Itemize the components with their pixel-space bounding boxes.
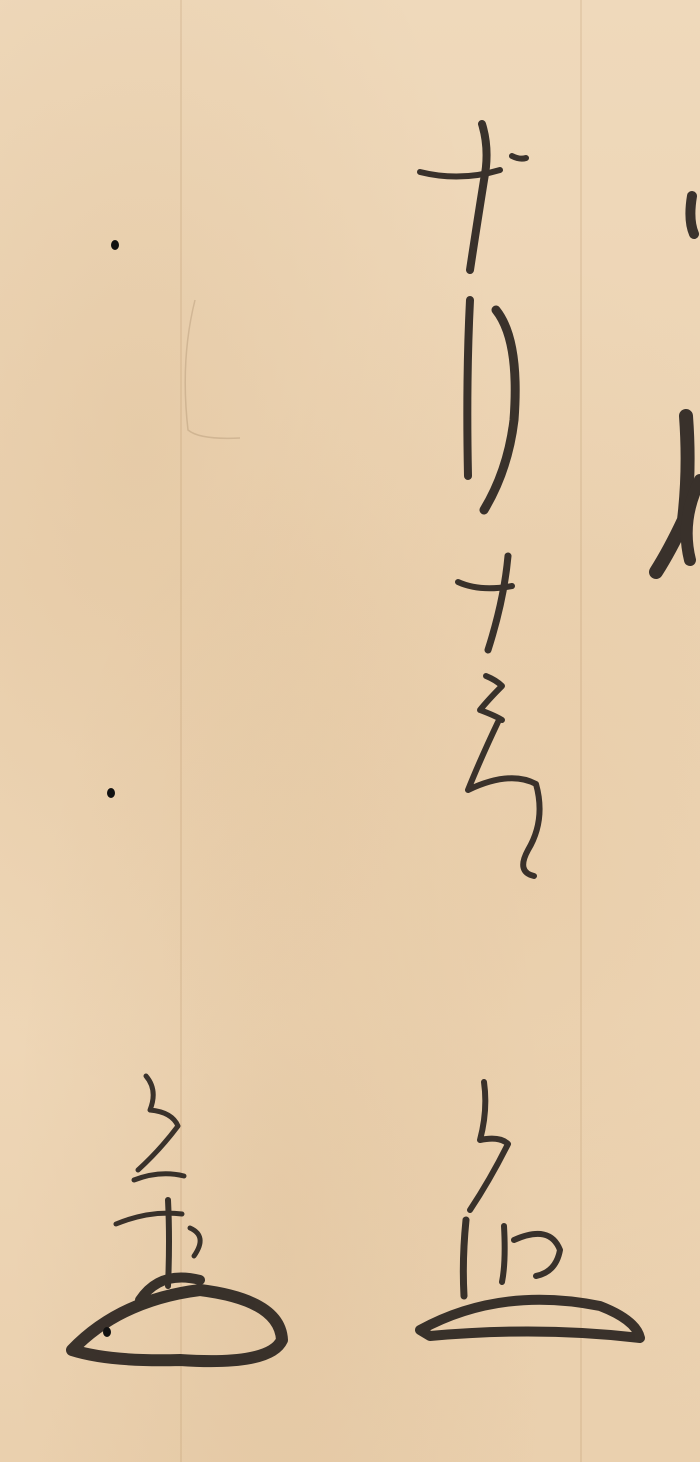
manuscript-page: なりさうらふ nari sōrau xyxy=(0,0,700,1462)
glyph-u xyxy=(480,676,502,720)
wormhole xyxy=(111,240,119,250)
glyph-ra-fu xyxy=(468,722,540,876)
calligraphy-strokes xyxy=(0,0,700,1462)
left-signature xyxy=(72,1076,282,1361)
glyph-sa xyxy=(458,556,512,650)
paper-fiber xyxy=(185,300,240,438)
wormhole xyxy=(103,1327,111,1337)
right-signature xyxy=(420,1082,640,1338)
edge-fragment-glyph xyxy=(656,196,700,572)
glyph-ri xyxy=(467,300,515,510)
wormhole xyxy=(107,788,115,798)
glyph-na xyxy=(420,124,526,270)
